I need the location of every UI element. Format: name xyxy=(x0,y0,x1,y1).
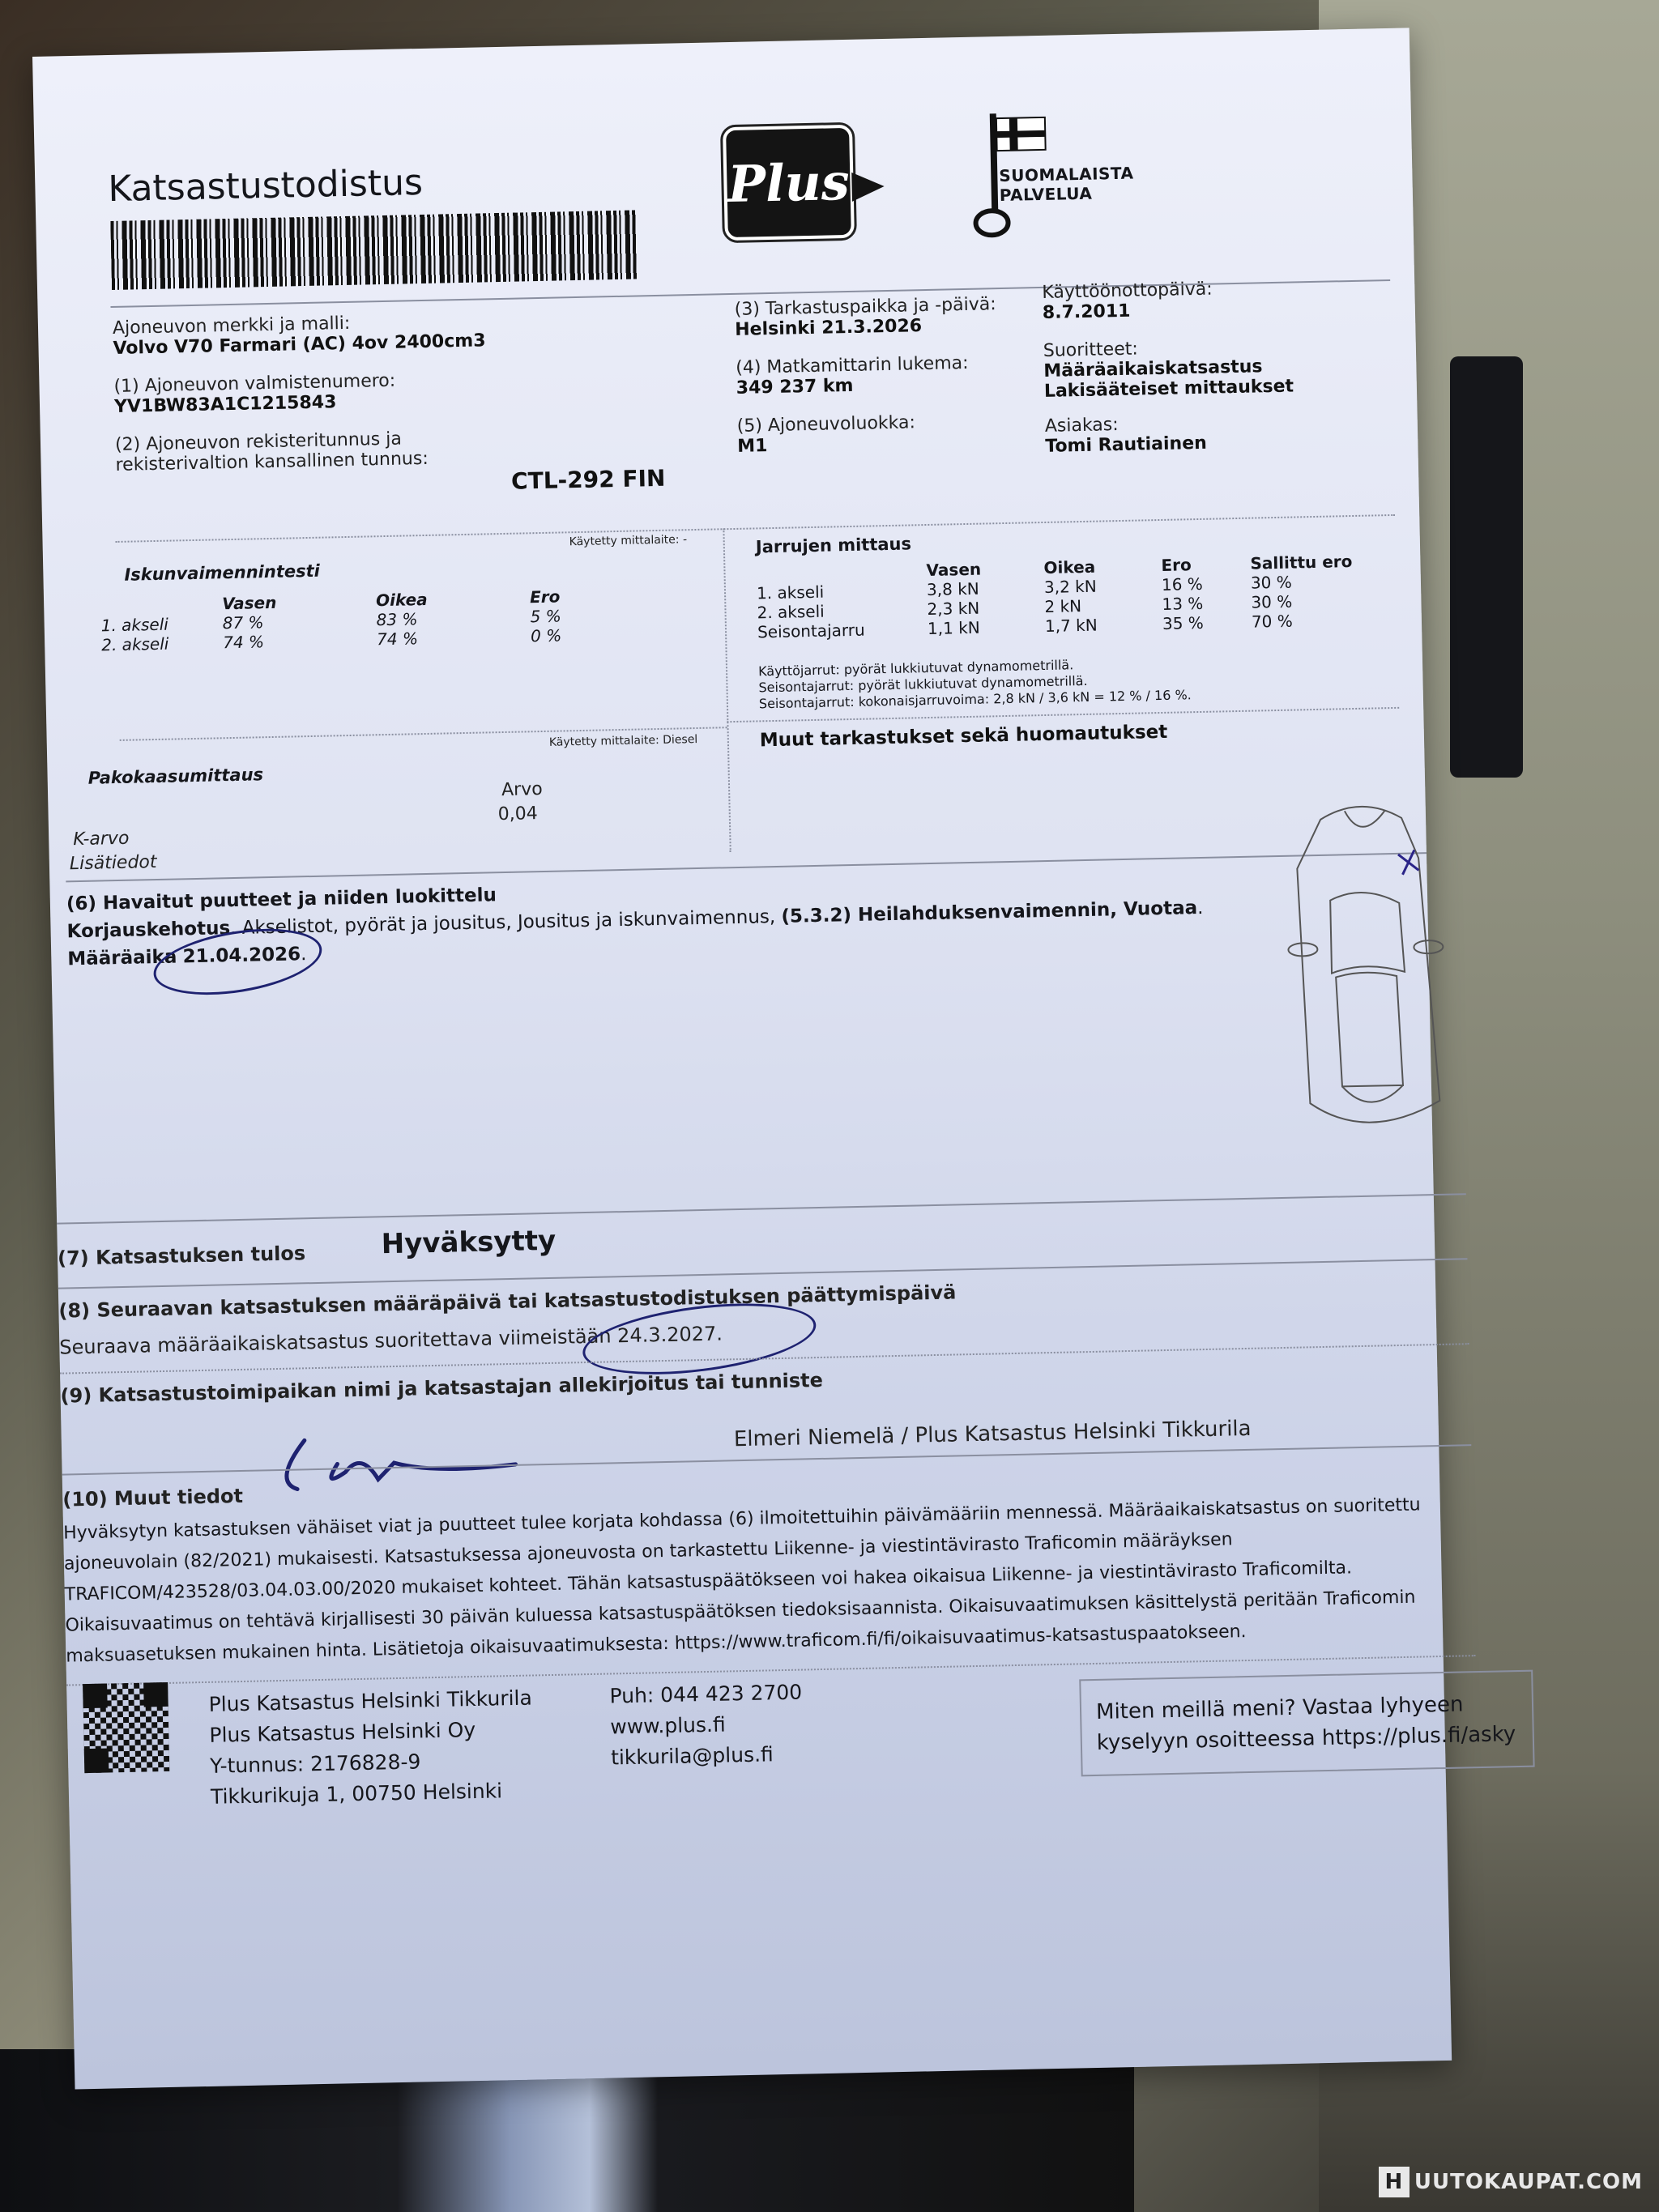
plus-logo: Plus xyxy=(723,125,855,241)
survey-box: Miten meillä meni? Vastaa lyhyeen kysely… xyxy=(1079,1670,1534,1777)
brake-notes: Käyttöjarrut: pyörät lukkiutuvat dynamom… xyxy=(758,654,1192,712)
website-link[interactable]: www.plus.fi xyxy=(610,1708,803,1743)
k-value-label: K-arvo xyxy=(73,829,130,850)
contact-info: Puh: 044 423 2700 www.plus.fi tikkurila@… xyxy=(609,1677,804,1774)
shock-test-device: Käytetty mittalaite: - xyxy=(569,533,688,548)
other-info-label: (10) Muut tiedot xyxy=(62,1485,243,1511)
watermark-logo-icon: H xyxy=(1379,2167,1410,2197)
handwritten-signature-icon xyxy=(272,1427,533,1498)
background-wallet xyxy=(1450,356,1523,778)
brakes-table: Vasen Oikea Ero Sallittu ero 1. akseli 3… xyxy=(756,552,1373,642)
company-info: Plus Katsastus Helsinki Tikkurila Plus K… xyxy=(208,1683,534,1813)
registration-value: CTL-292 FIN xyxy=(511,465,666,495)
inspector-name: Elmeri Niemelä / Plus Katsastus Helsinki… xyxy=(734,1417,1252,1451)
other-info-text: Hyväksytyn katsastuksen vähäiset viat ja… xyxy=(63,1489,1476,1672)
shock-test-table: Vasen Oikea Ero 1. akseli 87 % 83 % 5 % … xyxy=(100,586,620,654)
result-label: (7) Katsastuksen tulos xyxy=(58,1242,306,1269)
extra-info-label: Lisätiedot xyxy=(70,852,157,874)
document-title: Katsastustodistus xyxy=(108,162,423,210)
damage-mark-icon xyxy=(1398,850,1419,875)
inspection-certificate: Katsastustodistus Plus SUOMALAISTA PALVE… xyxy=(32,28,1452,2089)
brakes-title: Jarrujen mittaus xyxy=(756,534,912,556)
other-checks-title: Muut tarkastukset sekä huomautukset xyxy=(760,722,1168,752)
watermark: H UUTOKAUPAT.COM xyxy=(1379,2167,1643,2197)
column-divider xyxy=(723,528,731,852)
k-value: 0,04 xyxy=(497,803,537,825)
exhaust-title: Pakokaasumittaus xyxy=(87,765,263,788)
key-logo-text: SUOMALAISTA PALVELUA xyxy=(999,164,1134,205)
exhaust-value-header: Arvo xyxy=(501,779,543,800)
divider xyxy=(57,1193,1466,1224)
registration-label: (2) Ajoneuvon rekisteritunnus ja rekiste… xyxy=(115,427,488,475)
defect-item: (5.3.2) Heilahduksenvaimennin, Vuotaa xyxy=(781,897,1197,927)
qr-code-icon xyxy=(83,1682,169,1773)
result-value: Hyväksytty xyxy=(381,1225,556,1261)
signature-label: (9) Katsastustoimipaikan nimi ja katsast… xyxy=(60,1369,823,1408)
phone: Puh: 044 423 2700 xyxy=(609,1677,802,1712)
shock-test-title: Iskunvaimennintesti xyxy=(124,561,320,585)
barcode xyxy=(110,210,638,290)
email-link[interactable]: tikkurila@plus.fi xyxy=(611,1739,804,1774)
next-inspection-label: (8) Seuraavan katsastuksen määräpäivä ta… xyxy=(58,1281,956,1322)
exhaust-device: Käytetty mittalaite: Diesel xyxy=(549,733,698,749)
car-diagram-icon xyxy=(1263,792,1465,1153)
